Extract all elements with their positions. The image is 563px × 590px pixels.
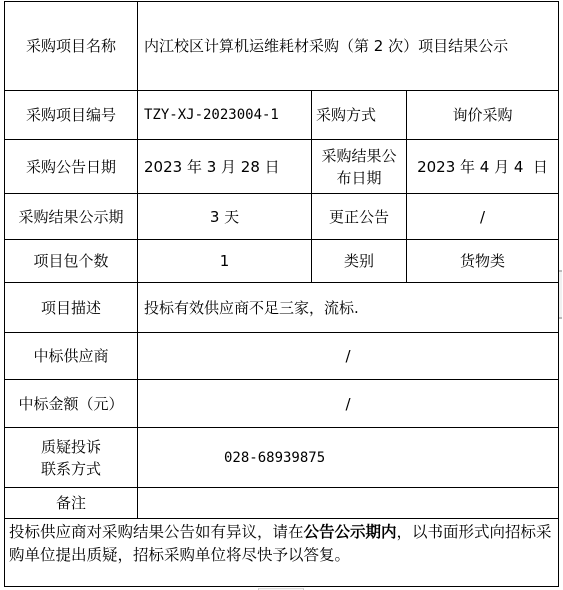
row-winning-amount: 中标金额（元） / [5,380,559,428]
project-number-label: 采购项目编号 [5,91,138,140]
announce-date-label: 采购公告日期 [5,140,138,194]
resize-handle-right[interactable] [559,270,562,319]
procurement-method-value: 询价采购 [407,91,559,140]
complaint-contact-label: 质疑投诉 联系方式 [5,428,138,488]
procurement-method-label: 采购方式 [312,91,407,140]
winning-amount-value: / [138,380,559,428]
row-remarks: 备注 [5,488,559,519]
procurement-result-notice: 采购项目名称 内江校区计算机运维耗材采购（第 2 次）项目结果公示 采购项目编号… [4,1,558,587]
correction-notice-label: 更正公告 [312,194,407,240]
winning-amount-label: 中标金额（元） [5,380,138,428]
row-project-name: 采购项目名称 内江校区计算机运维耗材采购（第 2 次）项目结果公示 [5,2,559,91]
footer-note: 投标供应商对采购结果公告如有异议，请在公告公示期内，以书面形式向招标采购单位提出… [5,519,559,587]
description-value: 投标有效供应商不足三家，流标. [138,283,559,333]
project-name-label: 采购项目名称 [5,2,138,91]
package-count-label: 项目包个数 [5,240,138,283]
publicity-period-label: 采购结果公示期 [5,194,138,240]
footer-text-bold: 公告公示期内 [304,523,397,541]
footer-text-before: 投标供应商对采购结果公告如有异议，请在 [9,523,304,541]
row-package-count: 项目包个数 1 类别 货物类 [5,240,559,283]
result-publish-date-label-line2: 布日期 [316,167,402,189]
category-label: 类别 [312,240,407,283]
category-value: 货物类 [407,240,559,283]
package-count-value: 1 [138,240,312,283]
row-announce-date: 采购公告日期 2023 年 3 月 28 日 采购结果公 布日期 2023 年 … [5,140,559,194]
publicity-period-value: 3 天 [138,194,312,240]
complaint-contact-value: 028-68939875 [138,428,559,488]
project-name-value: 内江校区计算机运维耗材采购（第 2 次）项目结果公示 [138,2,559,91]
description-label: 项目描述 [5,283,138,333]
notice-table: 采购项目名称 内江校区计算机运维耗材采购（第 2 次）项目结果公示 采购项目编号… [4,1,559,587]
complaint-contact-label-line1: 质疑投诉 [9,436,133,458]
row-publicity-period: 采购结果公示期 3 天 更正公告 / [5,194,559,240]
remarks-label: 备注 [5,488,138,519]
row-winning-supplier: 中标供应商 / [5,333,559,380]
result-publish-date-label-line1: 采购结果公 [316,145,402,167]
row-description: 项目描述 投标有效供应商不足三家，流标. [5,283,559,333]
row-complaint-contact: 质疑投诉 联系方式 028-68939875 [5,428,559,488]
result-publish-date-value: 2023 年 4 月 4 日 [407,140,559,194]
winning-supplier-label: 中标供应商 [5,333,138,380]
complaint-contact-label-line2: 联系方式 [9,458,133,480]
row-footer-note: 投标供应商对采购结果公告如有异议，请在公告公示期内，以书面形式向招标采购单位提出… [5,519,559,587]
row-project-number: 采购项目编号 TZY-XJ-2023004-1 采购方式 询价采购 [5,91,559,140]
announce-date-value: 2023 年 3 月 28 日 [138,140,312,194]
winning-supplier-value: / [138,333,559,380]
project-number-value: TZY-XJ-2023004-1 [138,91,312,140]
result-publish-date-label: 采购结果公 布日期 [312,140,407,194]
remarks-value [138,488,559,519]
correction-notice-value: / [407,194,559,240]
